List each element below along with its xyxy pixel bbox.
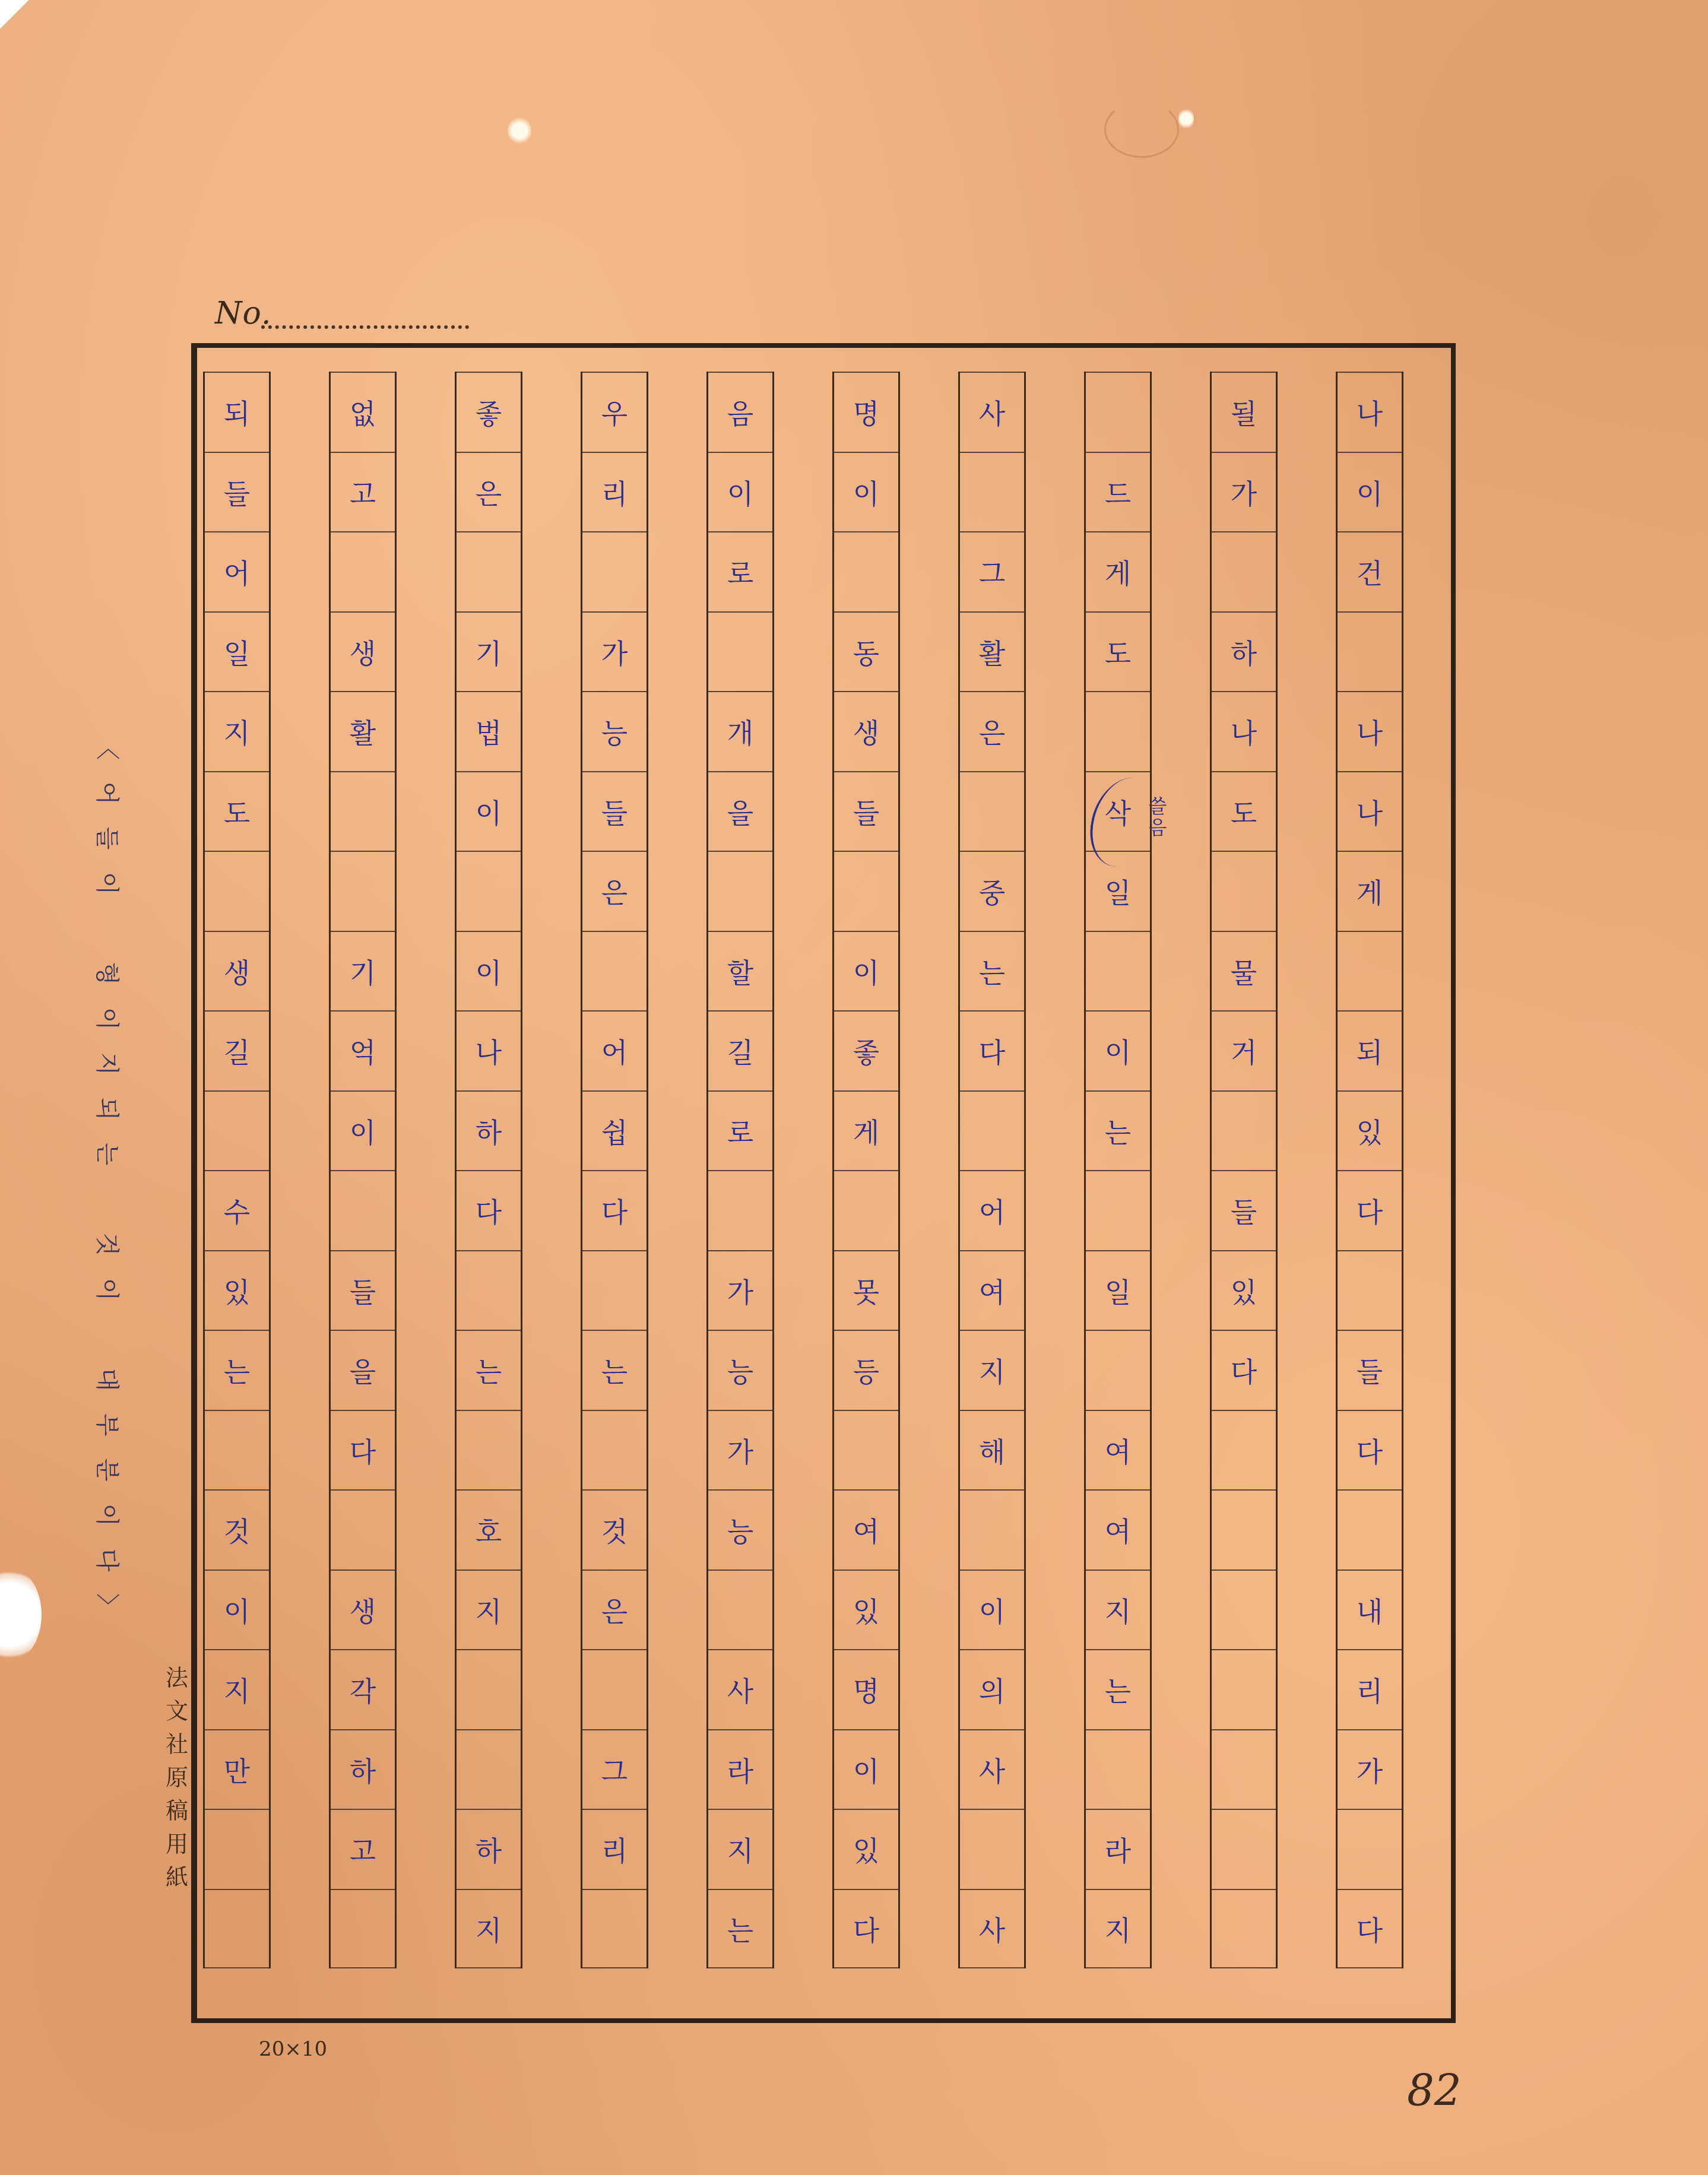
grid-cell: 은 xyxy=(457,452,521,532)
grid-cell xyxy=(1212,851,1276,931)
grid-cell xyxy=(708,611,772,692)
grid-cell xyxy=(582,1410,647,1490)
grid-cell: 다 xyxy=(582,1170,647,1250)
grid-cell: 다 xyxy=(331,1410,395,1490)
side-annotation: 쓸음 xyxy=(1146,795,1170,838)
grid-cell: 가 xyxy=(708,1410,772,1490)
grid-cell: 가 xyxy=(708,1250,772,1330)
grid-cell xyxy=(457,1649,521,1729)
grid-cell: 이 xyxy=(960,1570,1024,1650)
grid-cell xyxy=(960,1090,1024,1171)
grid-cell: 것 xyxy=(582,1489,647,1570)
grid-cell: 쉽 xyxy=(582,1090,647,1171)
publisher-char: 稿 xyxy=(159,1794,195,1827)
grid-cell: 그 xyxy=(960,531,1024,611)
grid-cell: 다 xyxy=(1338,1410,1402,1490)
margin-note-char: 이 xyxy=(84,1007,129,1031)
paper-damage-spot xyxy=(1178,107,1194,131)
grid-cell: 될 xyxy=(1212,372,1276,452)
grid-cell: 활 xyxy=(960,611,1024,692)
grid-cell: 게 xyxy=(1338,851,1402,931)
grid-cell: 로 xyxy=(708,531,772,611)
grid-cell: 는 xyxy=(582,1330,647,1410)
grid-cell: 이 xyxy=(1338,452,1402,532)
grid-cell xyxy=(960,1489,1024,1570)
grid-cell xyxy=(1086,1170,1150,1250)
margin-note-char: 대 xyxy=(84,1368,129,1391)
grid-cell: 되 xyxy=(1338,1010,1402,1090)
grid-cell: 그 xyxy=(582,1729,647,1809)
grid-cell xyxy=(708,851,772,931)
grid-cell: 고 xyxy=(331,452,395,532)
grid-cell: 명 xyxy=(834,372,898,452)
grid-cell: 가 xyxy=(1212,452,1276,532)
grid-cell xyxy=(1086,931,1150,1011)
grid-cell: 다 xyxy=(1212,1330,1276,1410)
grid-column: 될가하나도물거들있다 xyxy=(1210,372,1278,1968)
grid-cell: 중 xyxy=(960,851,1024,931)
grid-cell xyxy=(457,531,521,611)
grid-cell xyxy=(1212,1090,1276,1171)
page-number: 82 xyxy=(1407,2066,1462,2116)
margin-note-char: 형 xyxy=(84,962,129,985)
margin-note-char xyxy=(84,1331,129,1339)
margin-note-char: 이 xyxy=(84,872,129,895)
grid-cell: 능 xyxy=(708,1330,772,1410)
grid-cell: 지 xyxy=(457,1889,521,1969)
margin-note-char: 이 xyxy=(84,1504,129,1527)
grid-cell: 명 xyxy=(834,1649,898,1729)
side-annotation-char: 음 xyxy=(1146,817,1170,838)
grid-cell: 다 xyxy=(1338,1889,1402,1969)
grid-cell xyxy=(1086,1729,1150,1809)
grid-cell: 는 xyxy=(960,931,1024,1011)
grid-cell xyxy=(331,531,395,611)
grid-cell: 하 xyxy=(1212,611,1276,692)
grid-column: 되들어일지도생길수있는것이지만 xyxy=(203,372,271,1968)
publisher-label: 法文社原稿用紙 xyxy=(159,1661,195,1894)
grid-cell: 라 xyxy=(1086,1809,1150,1889)
grid-cell: 지 xyxy=(205,1649,269,1729)
grid-cell: 생 xyxy=(205,931,269,1011)
grid-cell: 을 xyxy=(331,1330,395,1410)
grid-cell: 해 xyxy=(960,1410,1024,1490)
grid-cell xyxy=(1338,1809,1402,1889)
grid-cell: 물 xyxy=(1212,931,1276,1011)
grid-cell: 사 xyxy=(960,1729,1024,1809)
margin-note-char: 분 xyxy=(84,1459,129,1482)
grid-cell: 이 xyxy=(205,1570,269,1650)
grid-cell: 만 xyxy=(205,1729,269,1809)
grid-cell: 이 xyxy=(457,771,521,851)
grid-cell: 가 xyxy=(1338,1729,1402,1809)
publisher-char: 原 xyxy=(159,1761,195,1794)
grid-cell: 는 xyxy=(1086,1649,1150,1729)
paper-stain xyxy=(1104,101,1179,158)
margin-note-char: 〈 xyxy=(84,736,129,760)
grid-cell xyxy=(331,851,395,931)
grid-cell: 일 xyxy=(205,611,269,692)
grid-cell: 리 xyxy=(1338,1649,1402,1729)
grid-cell: 나 xyxy=(1212,691,1276,771)
grid-cell: 있 xyxy=(1338,1090,1402,1171)
grid-cell xyxy=(457,1729,521,1809)
grid-cell: 나 xyxy=(1338,372,1402,452)
grid-cell: 좋 xyxy=(457,372,521,452)
grid-cell xyxy=(582,531,647,611)
grid-column: 나이건나나게되있다들다내리가다 xyxy=(1336,372,1403,1968)
margin-note-char: 부 xyxy=(84,1413,129,1437)
grid-cell: 나 xyxy=(1338,691,1402,771)
grid-cell: 지 xyxy=(1086,1889,1150,1969)
grid-cell: 건 xyxy=(1338,531,1402,611)
grid-cell: 지 xyxy=(960,1330,1024,1410)
grid-cell xyxy=(1212,1889,1276,1969)
publisher-char: 法 xyxy=(159,1661,195,1694)
grid-cell xyxy=(834,851,898,931)
grid-cell: 길 xyxy=(708,1010,772,1090)
grid-cell: 들 xyxy=(1338,1330,1402,1410)
grid-cell: 도 xyxy=(205,771,269,851)
grid-cell: 이 xyxy=(1086,1010,1150,1090)
grid-cell: 도 xyxy=(1212,771,1276,851)
grid-cell: 가 xyxy=(582,611,647,692)
grid-cell: 들 xyxy=(582,771,647,851)
grid-cell: 게 xyxy=(834,1090,898,1171)
grid-column: 우리가능들은어쉽다는것은그리 xyxy=(581,372,648,1968)
grid-cell: 나 xyxy=(457,1010,521,1090)
margin-note-char: 지 xyxy=(84,1052,129,1076)
grid-cell xyxy=(834,531,898,611)
grid-size-label: 20×10 xyxy=(259,2037,327,2061)
grid-cell: 들 xyxy=(1212,1170,1276,1250)
grid-column: 음이로개을할길로가능가능사라지는 xyxy=(706,372,774,1968)
grid-cell: 라 xyxy=(708,1729,772,1809)
grid-cell: 드 xyxy=(1086,452,1150,532)
grid-cell: 리 xyxy=(582,452,647,532)
grid-cell: 기 xyxy=(457,611,521,692)
grid-cell: 이 xyxy=(834,1729,898,1809)
grid-cell: 거 xyxy=(1212,1010,1276,1090)
grid-cell xyxy=(205,1889,269,1969)
grid-cell: 나 xyxy=(1338,771,1402,851)
grid-cell: 지 xyxy=(205,691,269,771)
grid-cell: 기 xyxy=(331,931,395,1011)
grid-cell: 이 xyxy=(834,452,898,532)
grid-cell: 생 xyxy=(331,611,395,692)
grid-cell xyxy=(708,1170,772,1250)
grid-cell: 이 xyxy=(834,931,898,1011)
grid-cell: 여 xyxy=(960,1250,1024,1330)
grid-cell xyxy=(708,1570,772,1650)
grid-cell xyxy=(1086,372,1150,452)
margin-note-char: 〉 xyxy=(84,1593,129,1617)
grid-cell xyxy=(205,1410,269,1490)
grid-cell: 되 xyxy=(205,372,269,452)
publisher-char: 用 xyxy=(159,1827,195,1860)
grid-cell: 어 xyxy=(205,531,269,611)
grid-cell: 은 xyxy=(582,1570,647,1650)
publisher-char: 紙 xyxy=(159,1860,195,1894)
grid-cell: 능 xyxy=(708,1489,772,1570)
grid-cell xyxy=(331,771,395,851)
grid-cell xyxy=(457,1250,521,1330)
grid-cell: 는 xyxy=(1086,1090,1150,1171)
grid-column: 사그활은중는다어여지해이의사사 xyxy=(958,372,1026,1968)
grid-cell: 등 xyxy=(834,1330,898,1410)
grid-cell: 활 xyxy=(331,691,395,771)
grid-cell xyxy=(582,1889,647,1969)
grid-cell: 내 xyxy=(1338,1570,1402,1650)
grid-cell: 다 xyxy=(1338,1170,1402,1250)
margin-note: 〈어들이 형이지되는 것이 대부분이다〉 xyxy=(80,725,134,1628)
grid-cell xyxy=(457,1410,521,1490)
grid-cell xyxy=(1212,531,1276,611)
grid-cell: 개 xyxy=(708,691,772,771)
grid-cell: 는 xyxy=(708,1889,772,1969)
grid-cell: 사 xyxy=(960,1889,1024,1969)
grid-cell: 못 xyxy=(834,1250,898,1330)
grid-cell xyxy=(834,1170,898,1250)
grid-cell xyxy=(1212,1489,1276,1570)
grid-cell: 법 xyxy=(457,691,521,771)
grid-cell: 없 xyxy=(331,372,395,452)
grid-cell: 하 xyxy=(331,1729,395,1809)
manuscript-grid: 되들어일지도생길수있는것이지만없고생활기억이들을다생각하고좋은기법이이나하다는호… xyxy=(191,343,1456,2023)
grid-cell: 지 xyxy=(1086,1570,1150,1650)
grid-cell: 어 xyxy=(960,1170,1024,1250)
grid-cell: 호 xyxy=(457,1489,521,1570)
grid-cell: 고 xyxy=(331,1809,395,1889)
grid-cell: 할 xyxy=(708,931,772,1011)
grid-cell xyxy=(1212,1570,1276,1650)
grid-cell: 길 xyxy=(205,1010,269,1090)
grid-cell: 다 xyxy=(960,1010,1024,1090)
grid-cell xyxy=(205,1809,269,1889)
grid-cell: 을 xyxy=(708,771,772,851)
grid-cell xyxy=(331,1170,395,1250)
grid-cell: 지 xyxy=(708,1809,772,1889)
grid-cell: 것 xyxy=(205,1489,269,1570)
grid-cell: 들 xyxy=(331,1250,395,1330)
grid-cell: 이 xyxy=(331,1090,395,1171)
grid-cell: 이 xyxy=(457,931,521,1011)
grid-cell xyxy=(582,1250,647,1330)
grid-cell: 어 xyxy=(582,1010,647,1090)
grid-cell: 억 xyxy=(331,1010,395,1090)
grid-cell: 있 xyxy=(834,1809,898,1889)
grid-cell xyxy=(582,1649,647,1729)
grid-cell: 여 xyxy=(1086,1410,1150,1490)
grid-cell xyxy=(1338,1489,1402,1570)
grid-cell xyxy=(960,452,1024,532)
grid-cell: 수 xyxy=(205,1170,269,1250)
page-corner xyxy=(0,0,36,36)
grid-cell: 다 xyxy=(834,1889,898,1969)
publisher-char: 文 xyxy=(159,1694,195,1727)
grid-cell: 게 xyxy=(1086,531,1150,611)
grid-cell xyxy=(1212,1410,1276,1490)
grid-cell xyxy=(205,1090,269,1171)
grid-cell xyxy=(960,1809,1024,1889)
grid-cell xyxy=(205,851,269,931)
grid-cell xyxy=(1086,691,1150,771)
grid-column: 없고생활기억이들을다생각하고 xyxy=(329,372,397,1968)
grid-cell: 있 xyxy=(205,1250,269,1330)
margin-note-char: 다 xyxy=(84,1549,129,1572)
margin-note-char: 들 xyxy=(84,827,129,850)
grid-cell: 능 xyxy=(582,691,647,771)
grid-cell xyxy=(834,1410,898,1490)
grid-cell: 생 xyxy=(834,691,898,771)
margin-note-char xyxy=(84,1196,129,1203)
grid-cell xyxy=(1212,1809,1276,1889)
grid-cell: 하 xyxy=(457,1809,521,1889)
side-annotation-char: 쓸 xyxy=(1146,795,1170,817)
grid-cell: 은 xyxy=(582,851,647,931)
grid-cell: 로 xyxy=(708,1090,772,1171)
margin-note-char: 어 xyxy=(84,782,129,805)
grid-column: 명이동생들이좋게못등여있명이있다 xyxy=(832,372,900,1968)
grid-cell: 다 xyxy=(457,1170,521,1250)
margin-note-char: 이 xyxy=(84,1278,129,1301)
grid-cell: 우 xyxy=(582,372,647,452)
grid-cell: 사 xyxy=(708,1649,772,1729)
grid-cell: 의 xyxy=(960,1649,1024,1729)
grid-cell xyxy=(457,851,521,931)
margin-note-char: 되 xyxy=(84,1098,129,1121)
grid-cell: 도 xyxy=(1086,611,1150,692)
grid-cell: 사 xyxy=(960,372,1024,452)
grid-cell xyxy=(1212,1729,1276,1809)
grid-cell: 지 xyxy=(457,1570,521,1650)
grid-cell: 들 xyxy=(205,452,269,532)
grid-cell: 은 xyxy=(960,691,1024,771)
grid-column: 좋은기법이이나하다는호지하지 xyxy=(455,372,522,1968)
number-field-line xyxy=(261,325,469,329)
grid-cell xyxy=(1212,1649,1276,1729)
grid-cell: 여 xyxy=(834,1489,898,1570)
grid-cell: 동 xyxy=(834,611,898,692)
grid-cell: 는 xyxy=(205,1330,269,1410)
grid-cell: 여 xyxy=(1086,1489,1150,1570)
grid-cell: 각 xyxy=(331,1649,395,1729)
grid-cell xyxy=(1338,931,1402,1011)
grid-cell: 음 xyxy=(708,372,772,452)
grid-cell: 하 xyxy=(457,1090,521,1171)
margin-note-char: 는 xyxy=(84,1143,129,1166)
margin-note-char: 것 xyxy=(84,1233,129,1256)
grid-cell: 이 xyxy=(708,452,772,532)
paper-damage-spot xyxy=(508,116,531,145)
grid-cell: 리 xyxy=(582,1809,647,1889)
grid-cell: 들 xyxy=(834,771,898,851)
grid-cell: 생 xyxy=(331,1570,395,1650)
grid-cell: 있 xyxy=(1212,1250,1276,1330)
grid-cell xyxy=(331,1889,395,1969)
grid-cell: 는 xyxy=(457,1330,521,1410)
grid-cell xyxy=(1338,1250,1402,1330)
publisher-char: 社 xyxy=(159,1727,195,1761)
grid-cell: 일 xyxy=(1086,1250,1150,1330)
grid-cell xyxy=(1338,611,1402,692)
grid-cell: 좋 xyxy=(834,1010,898,1090)
grid-cell: 있 xyxy=(834,1570,898,1650)
grid-cell xyxy=(1086,1330,1150,1410)
grid-column: 드게도삭일이는일여여지는라지 xyxy=(1084,372,1152,1968)
margin-note-char xyxy=(84,925,129,933)
grid-cell xyxy=(331,1489,395,1570)
grid-cell xyxy=(582,931,647,1011)
paper-tear xyxy=(0,1567,42,1662)
grid-cell xyxy=(960,771,1024,851)
